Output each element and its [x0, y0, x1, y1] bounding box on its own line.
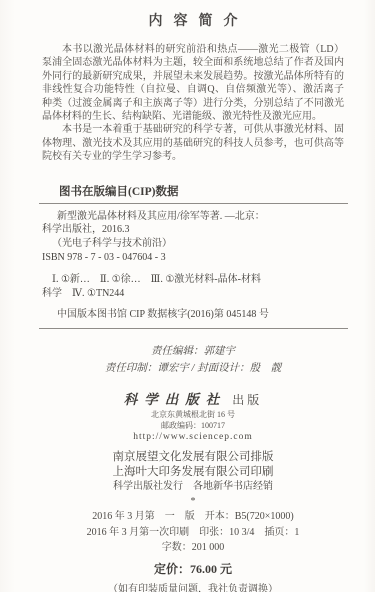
publisher-logo-text: 科学出版社	[124, 392, 227, 407]
publisher-postcode: 邮政编码：100717	[42, 420, 344, 431]
publisher-publish-label: 出版	[232, 393, 262, 407]
edition-line-2: 2016 年 3 月第一次印刷 印张：10 3/4 插页：1	[42, 526, 344, 540]
content-summary: 本书以激光晶体材料的研究前沿和热点——激光二极管（LD）泵浦全固态激光晶体材料为…	[42, 43, 344, 164]
cip-data-block: 新型激光晶体材料及其应用/徐军等著. —北京： 科学出版社，2016.3 （光电…	[42, 210, 344, 323]
edition-line-1: 2016 年 3 月第 一 版 开本：B5(720×1000)	[42, 510, 344, 524]
distribution-line: 科学出版社发行 各地新华书店经销	[42, 480, 344, 493]
cip-isbn-line: ISBN 978 - 7 - 03 - 047604 - 3	[42, 251, 344, 265]
printer-line: 上海叶大印务发展有限公司印刷	[42, 465, 344, 480]
publisher-website: http://www.sciencep.com	[42, 431, 344, 444]
spacer	[42, 300, 344, 308]
asterisk-separator: *	[42, 495, 344, 508]
cip-publisher-line: 科学出版社，2016.3	[42, 223, 344, 237]
page-title: 内容简介	[42, 10, 344, 30]
cip-series-line: （光电子科学与技术前沿）	[52, 237, 344, 251]
cip-registration-line: 中国版本图书馆 CIP 数据核字(2016)第 045148 号	[57, 308, 344, 322]
cip-classification-line-1: Ⅰ. ①新… Ⅱ. ①徐… Ⅲ. ①激光材料-晶体-材料	[52, 273, 344, 287]
quality-note-line: （如有印装质量问题，我社负责调换）	[42, 580, 344, 592]
summary-paragraph-2: 本书是一本着重于基础研究的科学专著，可供从事激光材料、固体物理、激光技术及其应用…	[42, 123, 344, 163]
price-line: 定价：76.00 元	[42, 561, 344, 577]
typesetter-line: 南京展望文化发展有限公司排版	[42, 450, 344, 465]
divider-bottom	[39, 328, 348, 329]
publisher-name-row: 科学出版社出版	[42, 388, 344, 409]
book-copyright-page: 内容简介 本书以激光晶体材料的研究前沿和热点——激光二极管（LD）泵浦全固态激光…	[0, 0, 375, 592]
responsible-editor-line: 责任编辑：郭建宇	[42, 344, 344, 361]
spacer	[42, 265, 344, 273]
print-and-cover-design-line: 责任印制：谭宏宇 / 封面设计：殷 靓	[42, 361, 344, 378]
cip-classification-line-2: 科学 Ⅳ. ①TN244	[42, 287, 344, 301]
cip-title-line: 新型激光晶体材料及其应用/徐军等著. —北京：	[57, 210, 344, 224]
divider-top	[39, 203, 348, 204]
publisher-address: 北京东黄城根北街 16 号	[42, 409, 344, 420]
summary-paragraph-1: 本书以激光晶体材料的研究前沿和热点——激光二极管（LD）泵浦全固态激光晶体材料为…	[42, 43, 344, 123]
word-count-line: 字数：201 000	[42, 541, 344, 555]
credits-block: 责任编辑：郭建宇 责任印制：谭宏宇 / 封面设计：殷 靓	[42, 344, 344, 377]
cip-heading: 图书在版编目(CIP)数据	[59, 183, 344, 199]
